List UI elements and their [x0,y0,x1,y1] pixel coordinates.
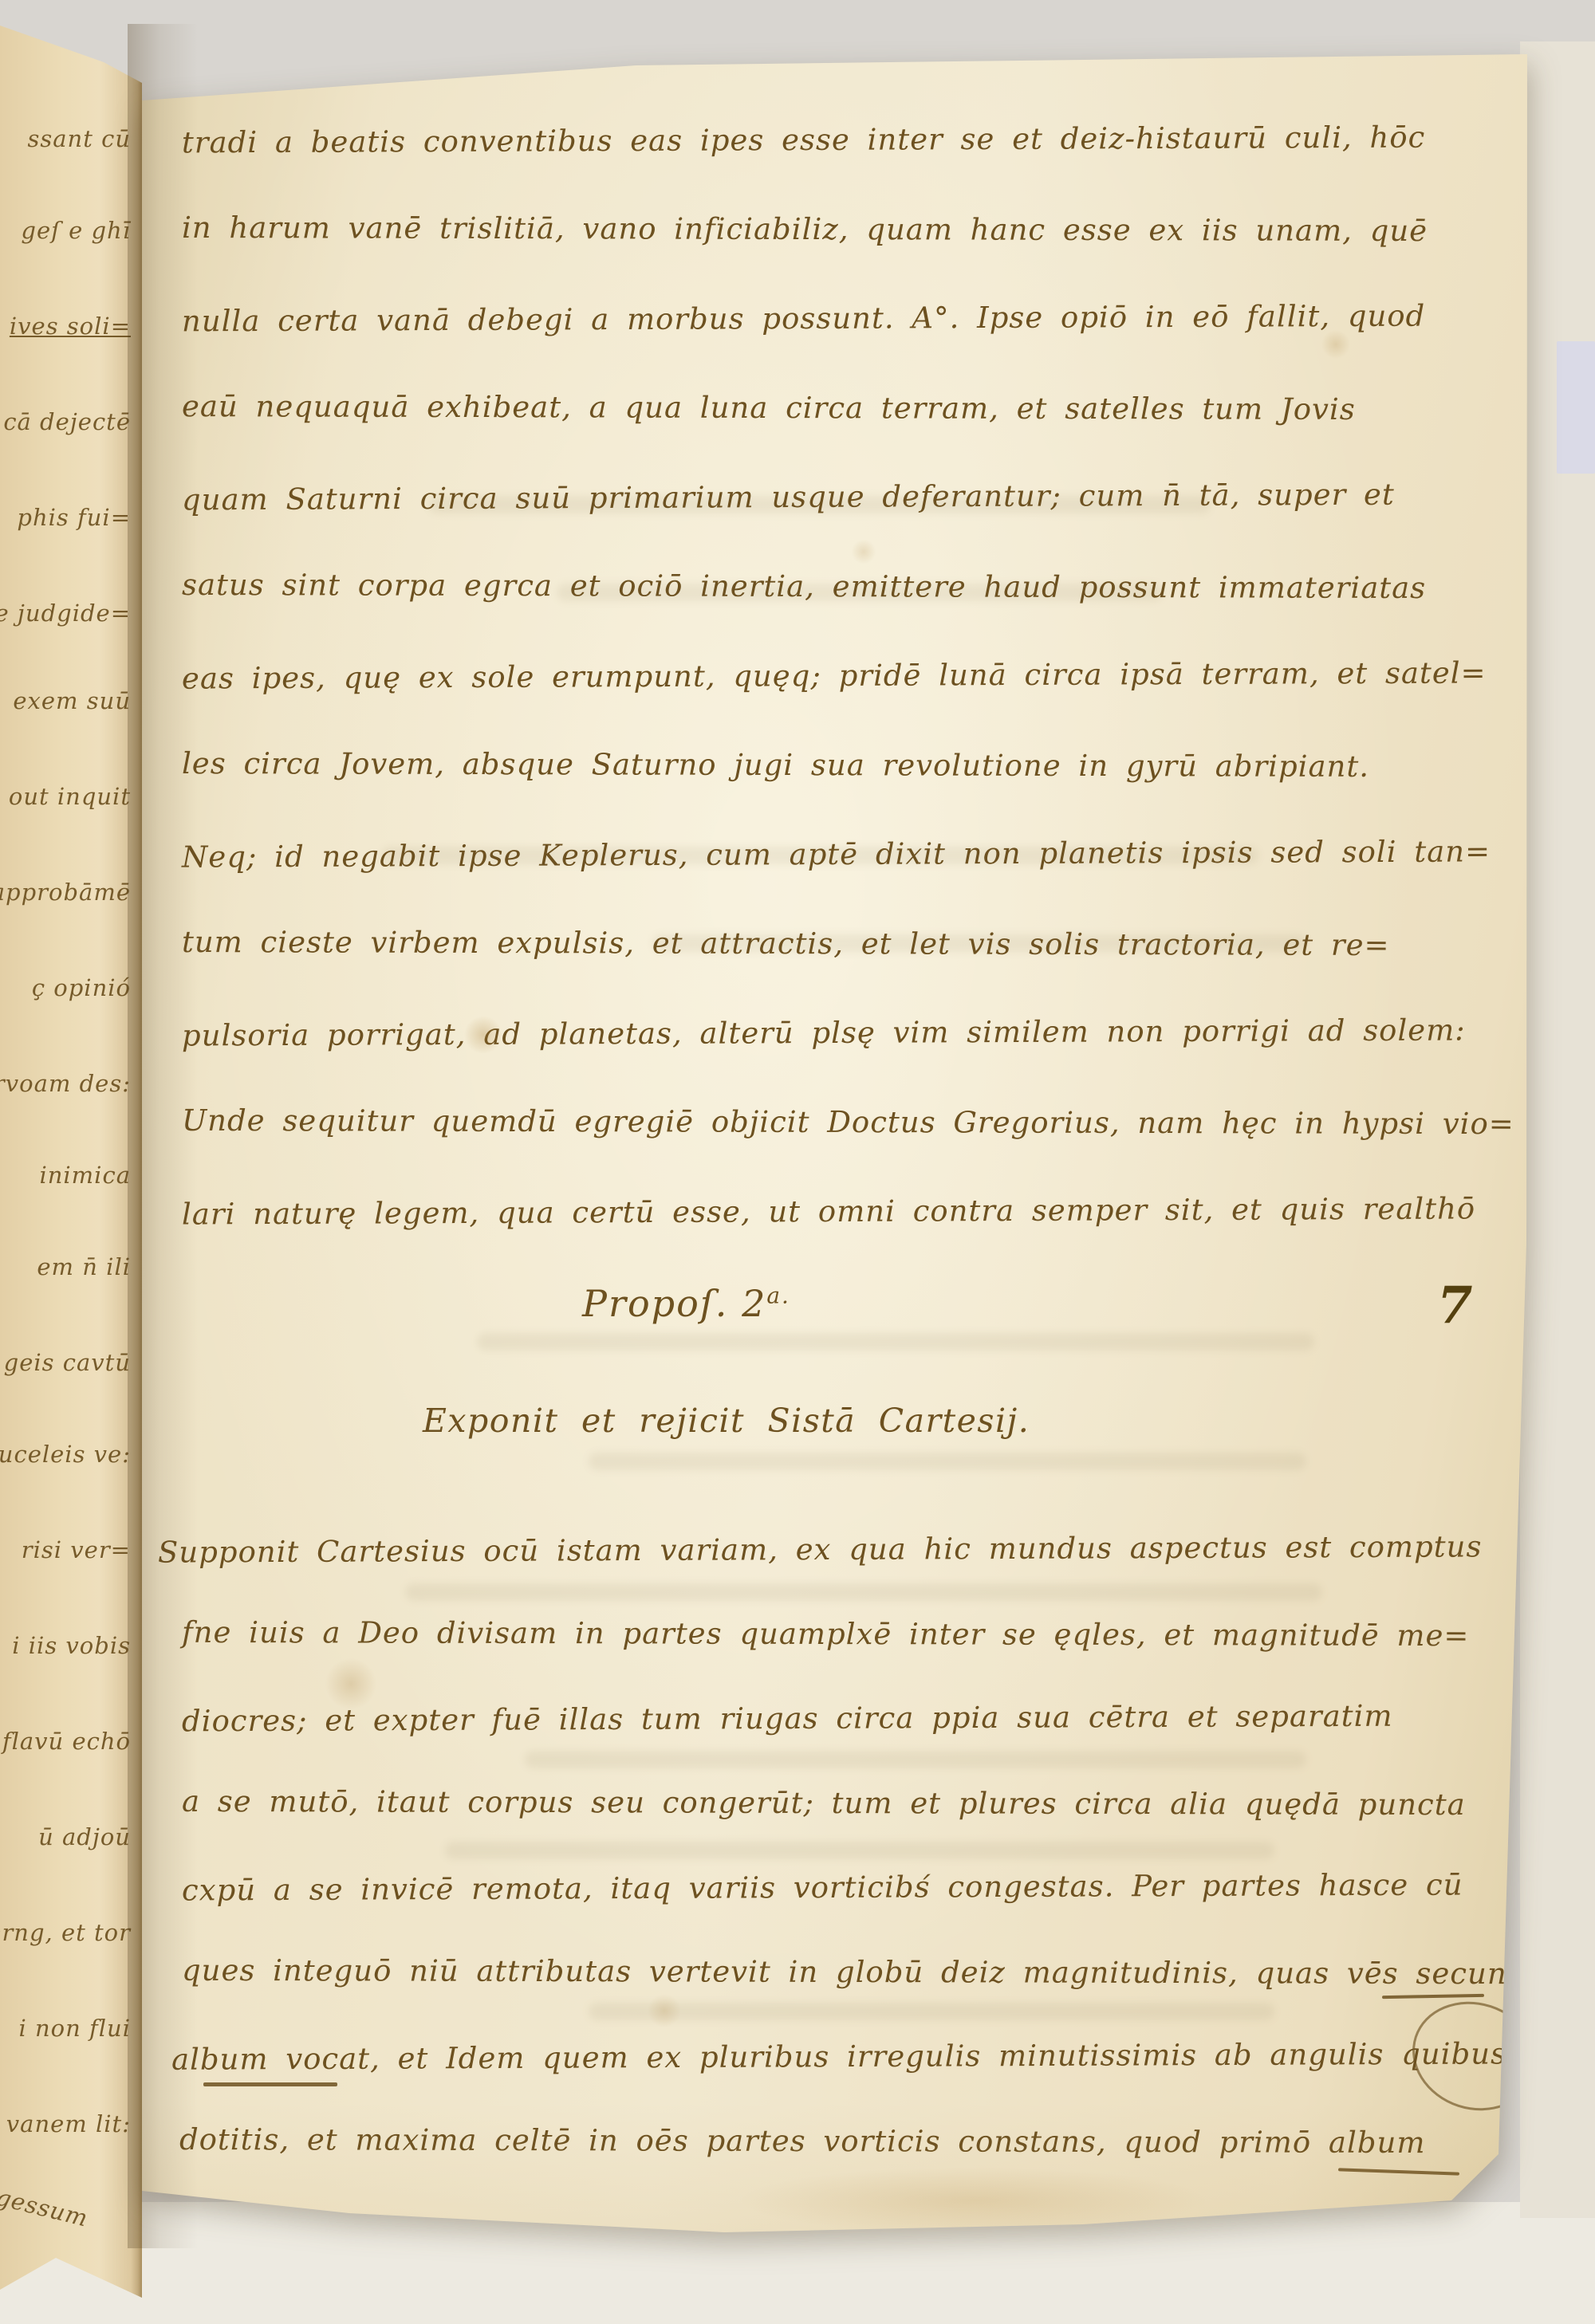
ink-showthrough [405,1583,1322,1601]
verso-fragment: ssant cū [27,125,131,152]
manuscript-line: lari naturę legem, qua certū esse, ut om… [182,1191,1475,1231]
verso-fragment: i non flui [19,2015,132,2042]
manuscript-line: eaū nequaquā exhibeat, a qua luna circa … [182,389,1356,427]
verso-fragment: em n̄ ili [37,1253,131,1280]
verso-fragment: vanem lit: [6,2110,131,2137]
verso-fragment: out inquit [9,783,131,810]
proposition-number: 2 [742,1282,766,1325]
verso-fragment: geſ e ghī [21,217,131,244]
manuscript-line: tum cieste virbem expulsis, et attractis… [182,925,1390,962]
verso-fragment: inimica [39,1162,131,1189]
manuscript-line: satus sint corpa egrca et ociō inertia, … [182,568,1426,605]
verso-fragment: e judgide= [0,600,131,627]
ink-showthrough [477,1333,1314,1351]
archival-note-tab [1557,341,1595,474]
manuscript-line: pulsoria porrigat, ad planetas, alterū p… [182,1013,1466,1052]
underline-mark [203,2082,337,2086]
verso-fragment: uceleis ve: [0,1441,131,1468]
verso-fragment: flavū echō [2,1728,131,1755]
proposition-label: Propoſ. [582,1282,728,1325]
verso-fragment: i iis vobis [12,1632,131,1659]
manuscript-line: Unde sequitur quemdū egregiē objicit Doc… [182,1103,1514,1141]
verso-fragment: ç opinió [32,974,131,1001]
manuscript-line: dotitis, et maxima celtē in oēs partes v… [179,2122,1426,2160]
manuscript-line: ques integuō niū attributas vertevit in … [182,1953,1526,1991]
manuscript-line: Neq; id negabit ipse Keplerus, cum aptē … [182,834,1491,874]
underline-mark [1338,2168,1459,2175]
verso-fragment: approbāmē [0,879,131,906]
verso-fragment: ives soli= [10,313,131,340]
manuscript-line: album vocat, et Idem quem ex pluribus ir… [171,2036,1545,2077]
manuscript-line: quam Saturni circa suū primarium usque d… [182,478,1395,517]
manuscript-line: in harum vanē trislitiā, vano inficiabil… [182,210,1428,248]
manuscript-line: fne iuis a Deo divisam in partes quamplx… [182,1615,1470,1653]
manuscript-page: tradi a beatis conventibus eas ipes esse… [142,48,1527,2234]
verso-fragment: ū adjoū [38,1823,131,1850]
manuscript-line: cxpū a se invicē remota, itaq variis vor… [182,1867,1463,1907]
manuscript-photo: { "page": { "folio_number": "7", "propos… [0,0,1595,2324]
verso-fragment: risi ver= [22,1536,131,1563]
ink-showthrough [445,1842,1274,1859]
verso-fragment: phis fui= [17,504,131,531]
ink-showthrough [525,1751,1306,1768]
manuscript-page-wrap: tradi a beatis conventibus eas ipes esse… [142,48,1527,2234]
manuscript-line: tradi a beatis conventibus eas ipes esse… [182,120,1426,160]
manuscript-line: a se mutō, itaut corpus seu congerūt; tu… [182,1784,1466,1822]
verso-fragment: gessum [0,2183,91,2232]
proposition-heading: Propoſ. 2a. [582,1282,790,1325]
underline-mark [1382,1994,1484,1999]
manuscript-line: nulla certa vanā debegi a morbus possunt… [182,299,1426,339]
proposition-number-sup: a. [766,1283,790,1309]
manuscript-line: Supponit Cartesius ocū istam variam, ex … [158,1529,1483,1569]
ink-showthrough [589,2003,1274,2020]
ink-showthrough [589,1453,1306,1470]
verso-fragment: rvoam des: [0,1070,131,1097]
manuscript-line: les circa Jovem, absque Saturno jugi sua… [182,746,1369,784]
manuscript-line: diocres; et expter fuē illas tum riugas … [182,1699,1393,1739]
section-heading: Exponit et rejicit Sistā Cartesij. [423,1402,1030,1440]
manuscript-line: eas ipes, quę ex sole erumpunt, quęq; pr… [182,655,1487,695]
verso-fragment: exem suū [13,687,131,714]
verso-fragment: cā dejectē [3,408,131,435]
folio-number: 7 [1437,1276,1473,1335]
verso-fragment: erng, et tor [0,1919,131,1946]
verso-fragment: geis cavtū [4,1349,131,1376]
facing-page-edge: ssant cū geſ e ghī ives soli= cā dejectē… [0,21,142,2298]
